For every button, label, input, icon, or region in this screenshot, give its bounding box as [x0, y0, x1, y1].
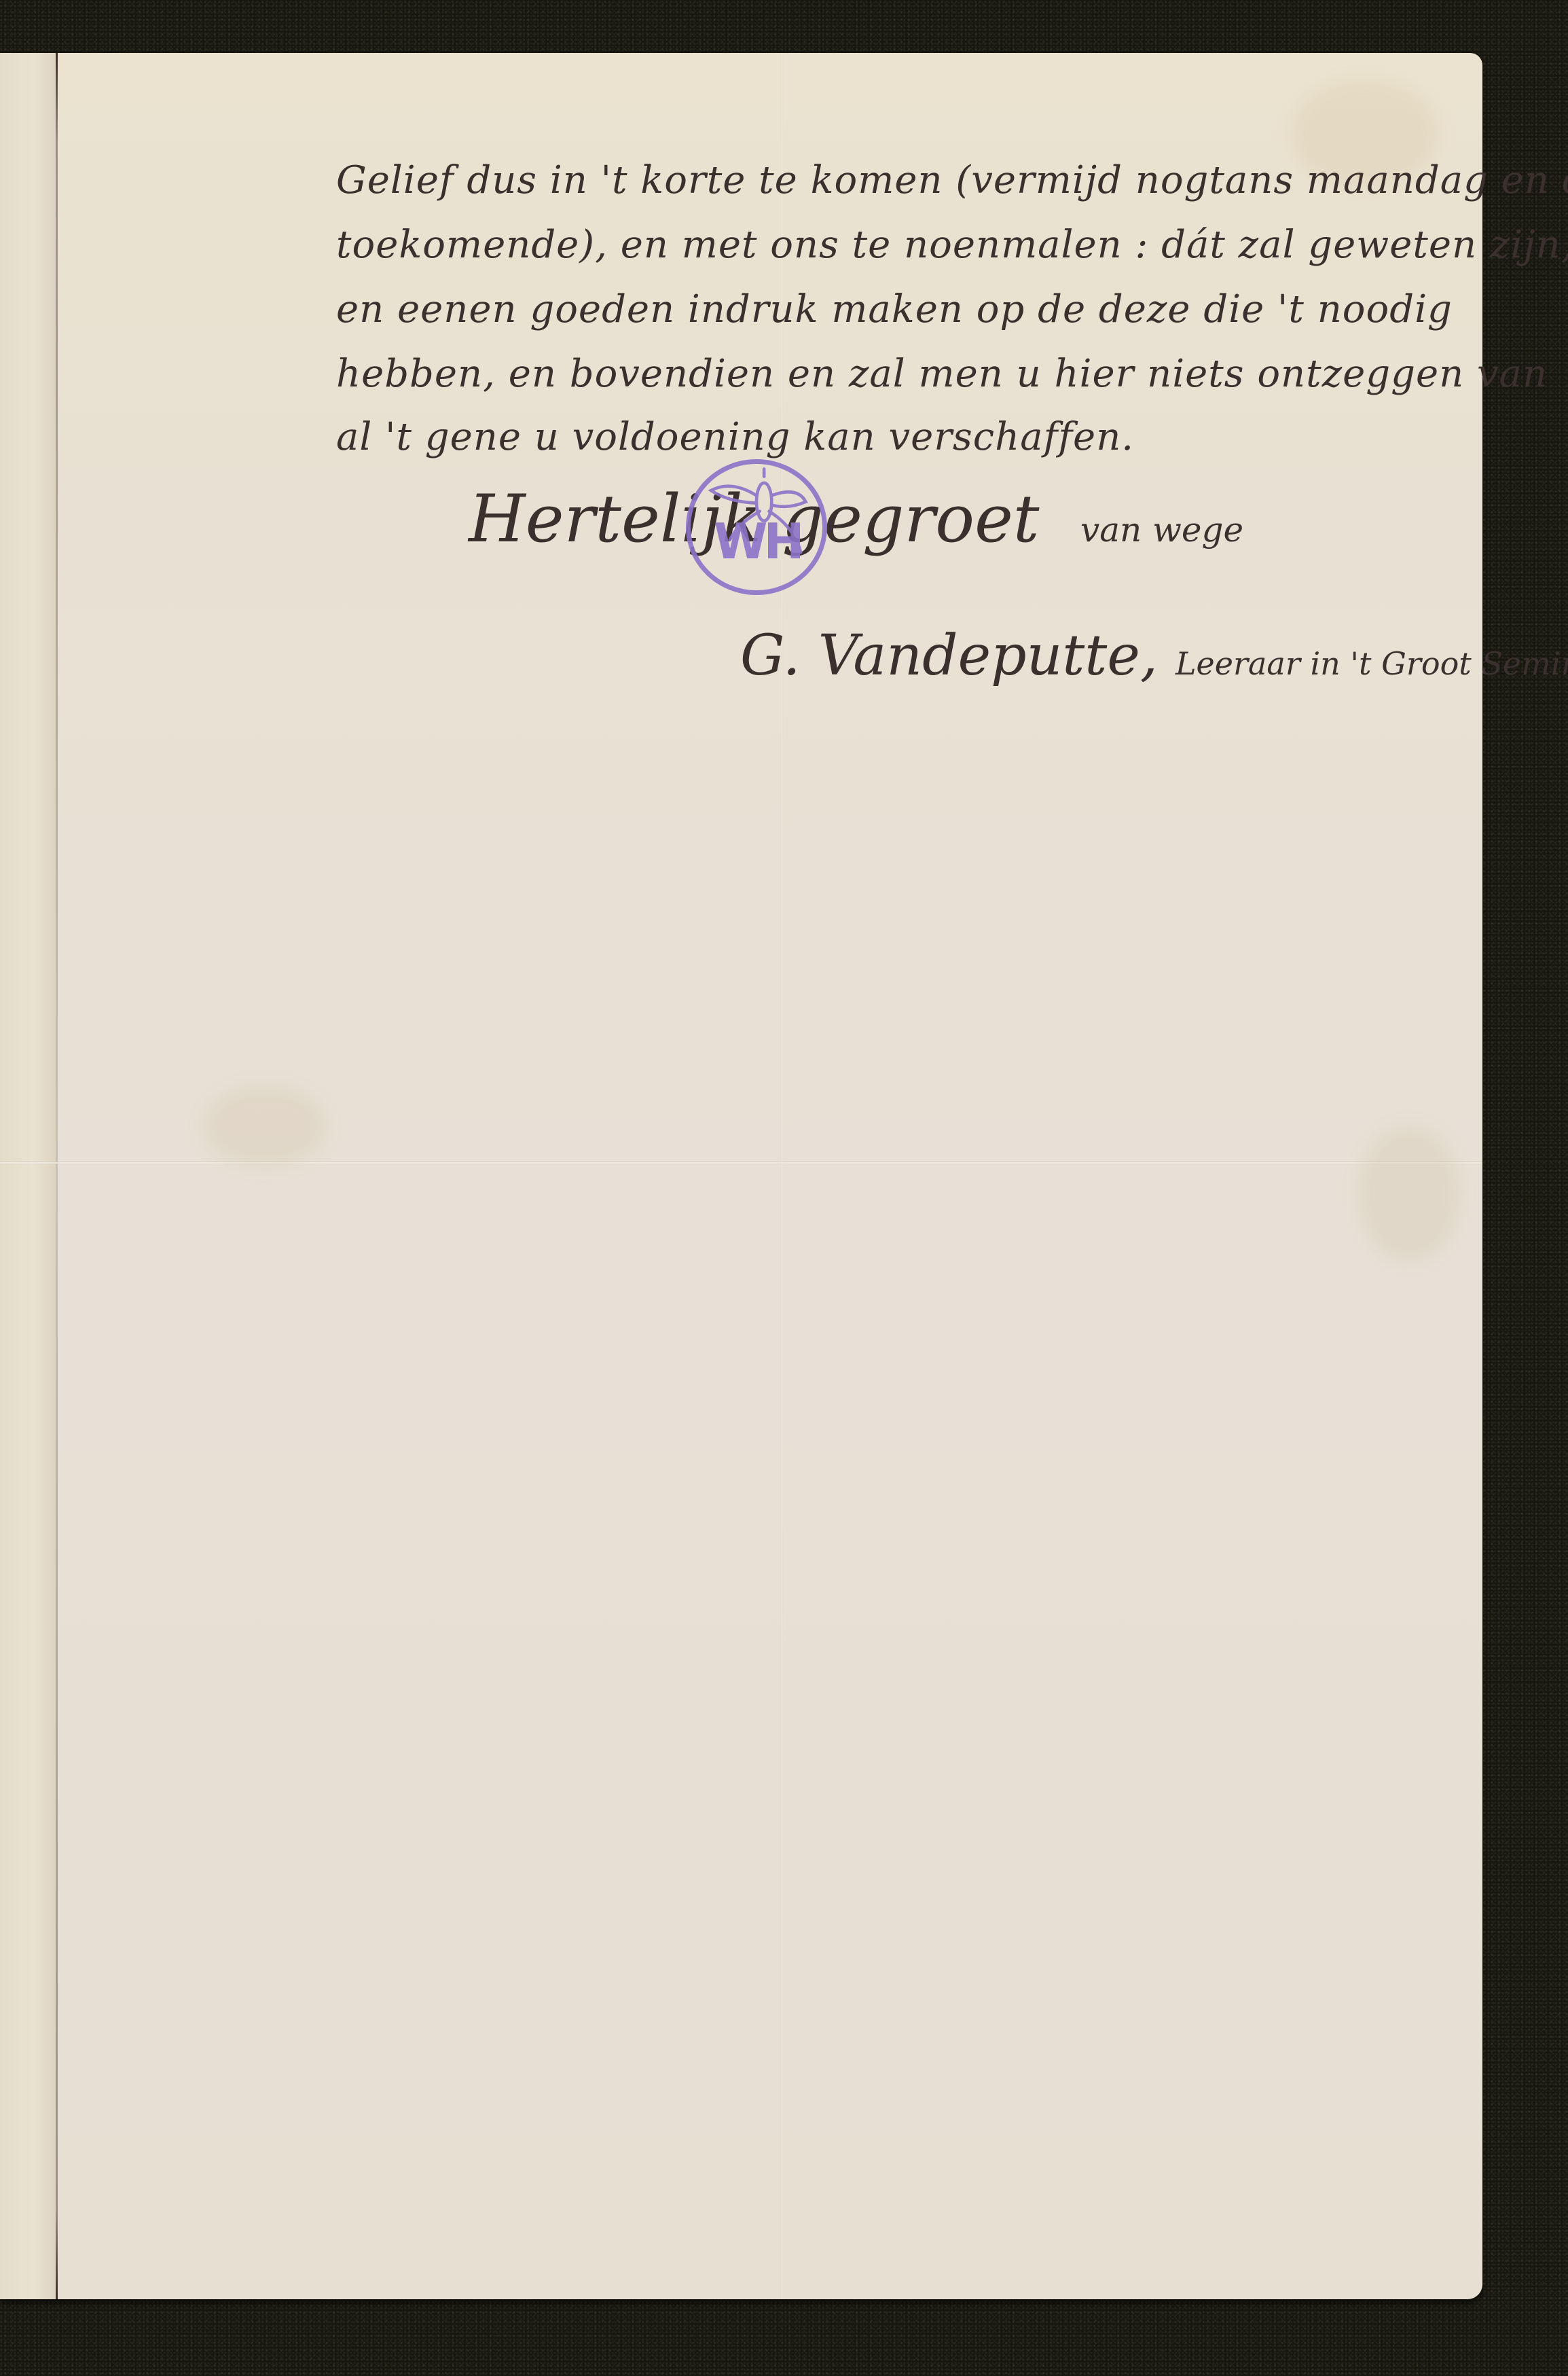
letter-line-2: toekomende), en met ons te noenmalen : d…	[336, 223, 1568, 267]
paper-stain	[1358, 1126, 1460, 1262]
closing-greeting: Hertelijk gegroet van wege	[469, 481, 1243, 557]
archive-stamp: WH	[686, 459, 827, 595]
letter-sheet: Gelief dus in 't korte te komen (vermijd…	[0, 53, 1482, 2299]
signature: G. Vandeputte, Leeraar in 't Groot Semin…	[740, 624, 1568, 688]
greeting-suffix: van wege	[1080, 510, 1243, 550]
letter-line-4: hebben, en bovendien en zal men u hier n…	[336, 352, 1548, 396]
signature-title: Leeraar in 't Groot Seminarie	[1175, 645, 1568, 682]
adjacent-page-edge	[0, 53, 56, 2299]
letter-line-1: Gelief dus in 't korte te komen (vermijd…	[336, 158, 1568, 202]
signature-name: G. Vandeputte,	[740, 624, 1158, 688]
page-binding-fold	[56, 53, 58, 2299]
letter-line-3: en eenen goeden indruk maken op de deze …	[336, 287, 1453, 331]
horizontal-fold-crease	[0, 1162, 1482, 1164]
letter-line-5: al 't gene u voldoening kan verschaffen.	[336, 415, 1134, 459]
stamp-letters: WH	[714, 513, 801, 570]
paper-stain	[204, 1085, 326, 1167]
